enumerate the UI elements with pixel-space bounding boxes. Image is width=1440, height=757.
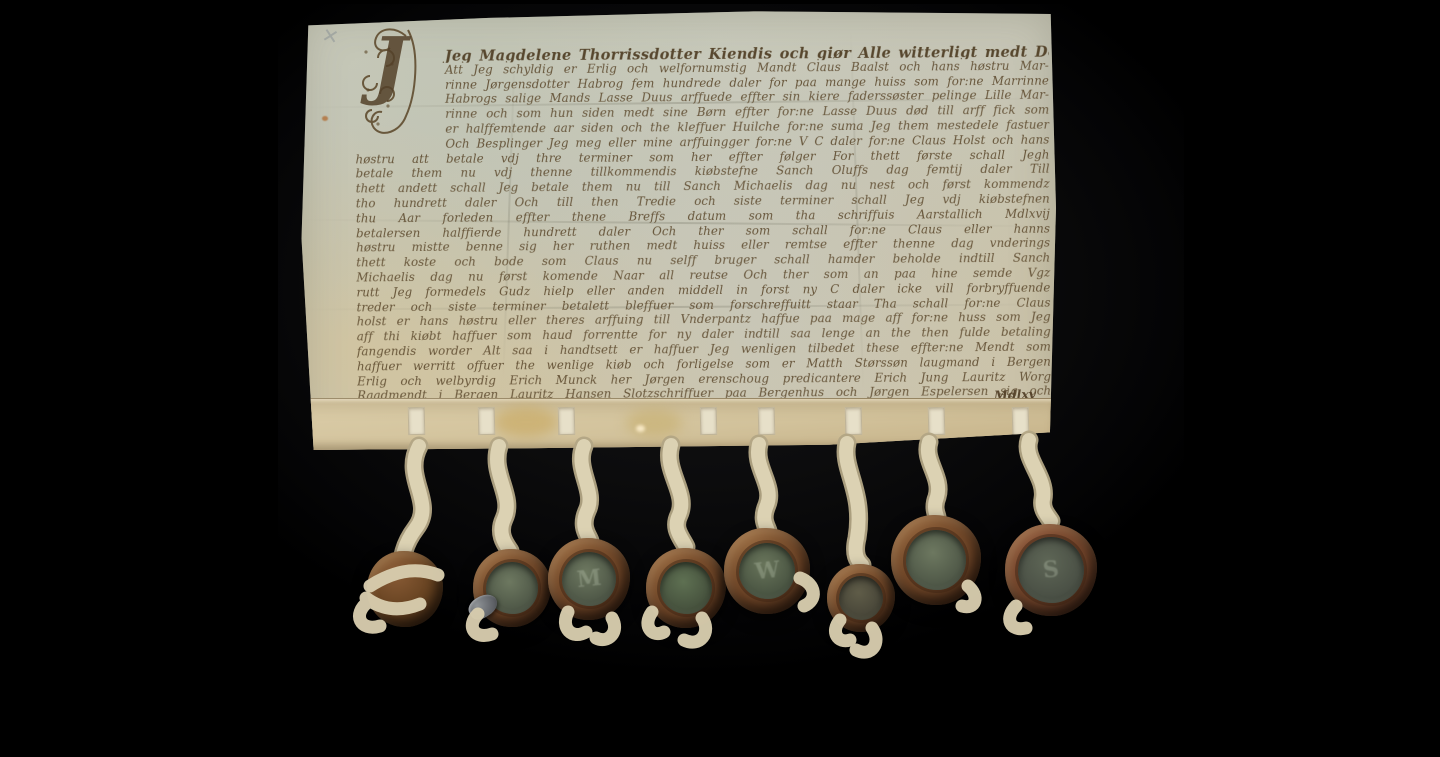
wax-seal xyxy=(367,551,443,627)
wax-seal: W xyxy=(724,528,810,614)
wax-seal xyxy=(646,548,726,628)
tag-slit xyxy=(758,407,775,435)
seal-impression xyxy=(660,562,713,615)
tag-slit xyxy=(408,407,425,435)
seal-monogram: S xyxy=(1042,556,1061,584)
fold-stain xyxy=(626,409,682,437)
rust-stain xyxy=(322,116,328,121)
seal-monogram: M xyxy=(576,565,603,593)
tag-slit xyxy=(928,407,945,435)
parchment-charter: ✕ J Jeg Magd xyxy=(300,10,1056,450)
wax-seal: M xyxy=(548,538,630,620)
seal-impression xyxy=(839,576,884,621)
pencil-cross-mark: ✕ xyxy=(320,23,341,50)
tag-slit xyxy=(558,407,575,435)
tag-slit xyxy=(1012,407,1029,435)
fold-stain xyxy=(494,407,558,437)
seal-impression xyxy=(906,530,965,589)
wax-seal xyxy=(827,564,895,632)
photo-of-charter: ✕ J Jeg Magd xyxy=(0,0,1440,757)
wax-glare xyxy=(636,425,645,432)
tag-slit xyxy=(845,407,862,435)
seal-impression: M xyxy=(562,552,616,606)
seal-monogram: W xyxy=(753,557,780,585)
wax-seal xyxy=(891,515,981,605)
wax-seal: S xyxy=(1005,524,1097,616)
handwritten-text-block: Jeg Magdelene Thorrissdotter Kiendis och… xyxy=(355,44,1051,404)
tag-slit xyxy=(478,407,495,435)
tag-slit xyxy=(700,407,717,435)
seal-impression: S xyxy=(1018,537,1084,603)
seal-impression: W xyxy=(739,543,796,600)
